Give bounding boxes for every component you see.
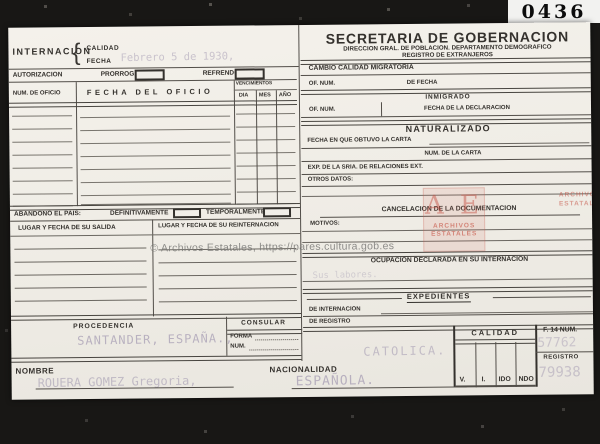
rule-line bbox=[302, 158, 592, 162]
rule-line bbox=[14, 260, 146, 262]
prorroga-label: PRORROGA bbox=[101, 71, 139, 78]
de-registro-label: DE REGISTRO bbox=[309, 319, 350, 325]
rule-line bbox=[234, 89, 297, 91]
nombre-label: NOMBRE bbox=[15, 366, 54, 375]
archive-number-tab: 0436 bbox=[508, 0, 600, 23]
reinternacion-label: LUGAR Y FECHA DE SU REINTERNACION bbox=[158, 222, 279, 229]
archivos-estatales-stamp: A E ARCHIVOS ESTATALES bbox=[423, 187, 486, 252]
of-num1-label: OF. NUM. bbox=[309, 81, 335, 87]
ae-stamp-partial-text1: ARCHIVOS bbox=[559, 190, 594, 200]
dotted-line bbox=[249, 349, 298, 350]
num-label: NUM. bbox=[230, 344, 245, 350]
calidad-divider bbox=[495, 342, 496, 387]
table-divider bbox=[76, 82, 78, 206]
registry-card: INTERNACION { CALIDAD FECHA Febrero 5 de… bbox=[8, 22, 594, 400]
procedencia-stamp-value: SANTANDER, ESPAÑA., bbox=[77, 331, 233, 348]
salida-label: LUGAR Y FECHA DE SU SALIDA bbox=[18, 224, 116, 232]
prorroga-checkbox bbox=[135, 69, 165, 80]
rule-line bbox=[301, 114, 591, 118]
col-ano-header: AÑO bbox=[279, 92, 291, 98]
fecha-carta-label: FECHA EN QUE OBTUVO LA CARTA bbox=[307, 137, 411, 144]
rule-line bbox=[15, 286, 147, 288]
rule-line bbox=[303, 313, 593, 317]
col-vencimientos-header: VENCIMIENTOS bbox=[236, 81, 272, 86]
motivos-label: MOTIVOS: bbox=[310, 221, 340, 227]
rule-line bbox=[10, 234, 152, 236]
dotted-line bbox=[255, 339, 298, 340]
scanner-noise bbox=[0, 0, 1, 1]
rule-line bbox=[159, 300, 297, 302]
calidad-title: CALIDAD bbox=[455, 328, 535, 338]
abandono-label: ABANDONO EL PAIS: bbox=[14, 210, 81, 218]
rule-line bbox=[535, 351, 593, 353]
cambio-calidad-label: CAMBIO CALIDAD MIGRATORIA bbox=[309, 64, 414, 72]
exp-sria-label: EXP. DE LA SRIA. DE RELACIONES EXT. bbox=[308, 164, 423, 171]
rule-line bbox=[159, 287, 297, 289]
calidad-col-i: I. bbox=[482, 376, 486, 383]
rule-line bbox=[301, 145, 591, 149]
rule-line bbox=[302, 183, 592, 187]
calidad-field-label: CALIDAD bbox=[86, 45, 119, 52]
consular-box: CONSULAR FORMA NUM. bbox=[226, 316, 302, 356]
of-num2-label: OF. NUM. bbox=[309, 107, 335, 113]
brace-glyph: { bbox=[72, 39, 80, 67]
col-num-oficio-header: NUM. DE OFICIO bbox=[13, 90, 61, 96]
col-dia-header: DIA bbox=[239, 92, 249, 98]
field-divider bbox=[381, 102, 382, 116]
rule-line bbox=[152, 233, 300, 235]
registro-label: REGISTRO bbox=[543, 354, 578, 360]
archive-number: 0436 bbox=[522, 1, 587, 23]
rule-line bbox=[429, 142, 589, 145]
expedientes-label: EXPEDIENTES bbox=[407, 291, 471, 303]
fecha-declaracion-label: FECHA DE LA DECLARACION bbox=[424, 105, 510, 112]
oficio-table: NUM. DE OFICIO FECHA DEL OFICIO VENCIMIE… bbox=[9, 79, 298, 207]
pares-watermark: © Archivos Estatales, https://pares.cult… bbox=[150, 240, 394, 254]
rule-line bbox=[159, 274, 297, 276]
otros-datos-label: OTROS DATOS: bbox=[308, 176, 354, 182]
archivos-estatales-stamp-partial: ARCHIVOS ESTATALES bbox=[559, 190, 594, 217]
calidad-box: CALIDAD V. I. IDO NDO bbox=[453, 325, 538, 388]
rule-line bbox=[307, 298, 402, 300]
fecha-stamp-value: Febrero 5 de 1930, bbox=[120, 50, 234, 64]
calidad-col-ido: IDO bbox=[499, 376, 511, 383]
calidad-col-ndo: NDO bbox=[519, 376, 534, 383]
col-fecha-oficio-header: FECHA DEL OFICIO bbox=[87, 87, 214, 97]
rule-line bbox=[301, 72, 591, 76]
rule-line bbox=[15, 273, 147, 275]
definitivamente-label: DEFINITIVAMENTE bbox=[110, 209, 168, 217]
rule-line bbox=[15, 299, 147, 301]
rule-line bbox=[302, 171, 592, 175]
calidad-col-v: V. bbox=[460, 376, 466, 383]
consular-title: CONSULAR bbox=[241, 319, 286, 326]
temporalmente-checkbox bbox=[263, 207, 291, 217]
section-rule bbox=[11, 355, 301, 363]
inmigrado-label: INMIGRADO bbox=[305, 92, 591, 102]
num-carta-label: NUM. DE LA CARTA bbox=[424, 150, 481, 157]
rule-line bbox=[456, 385, 536, 388]
ocupacion-label: OCUPACION DECLARADA EN SU INTERNACION bbox=[306, 255, 592, 265]
catolica-stamp-value: CATOLICA. bbox=[363, 343, 446, 358]
refrendo-checkbox bbox=[235, 68, 265, 79]
autorizacion-label: AUTORIZACION bbox=[13, 71, 63, 78]
fecha-field-label: FECHA bbox=[87, 58, 112, 65]
temporalmente-label: TEMPORALMENTE bbox=[206, 208, 265, 216]
rule-line bbox=[158, 261, 296, 263]
registro-stamp-value: 79938 bbox=[538, 364, 580, 381]
forma-label: FORMA bbox=[230, 333, 252, 339]
f14-stamp-value: 57762 bbox=[537, 335, 576, 351]
de-fecha-label: DE FECHA bbox=[407, 80, 438, 86]
col-mes-header: MES bbox=[259, 92, 271, 98]
f14-label: F. 14 NUM. bbox=[543, 326, 577, 333]
calidad-divider bbox=[515, 342, 516, 387]
naturalizado-label: NATURALIZADO bbox=[305, 122, 591, 135]
de-internacion-label: DE INTERNACION bbox=[309, 306, 361, 312]
ae-stamp-text2: ESTATALES bbox=[424, 230, 484, 239]
ae-stamp-partial-text2: ESTATALES bbox=[559, 199, 594, 209]
rule-line bbox=[10, 218, 300, 222]
calidad-divider bbox=[475, 342, 476, 387]
procedencia-label: PROCEDENCIA bbox=[73, 323, 134, 331]
ae-stamp-letters: A E bbox=[424, 188, 484, 223]
definitivamente-checkbox bbox=[173, 208, 201, 218]
rule-line bbox=[493, 296, 591, 298]
rule-line bbox=[14, 247, 146, 249]
